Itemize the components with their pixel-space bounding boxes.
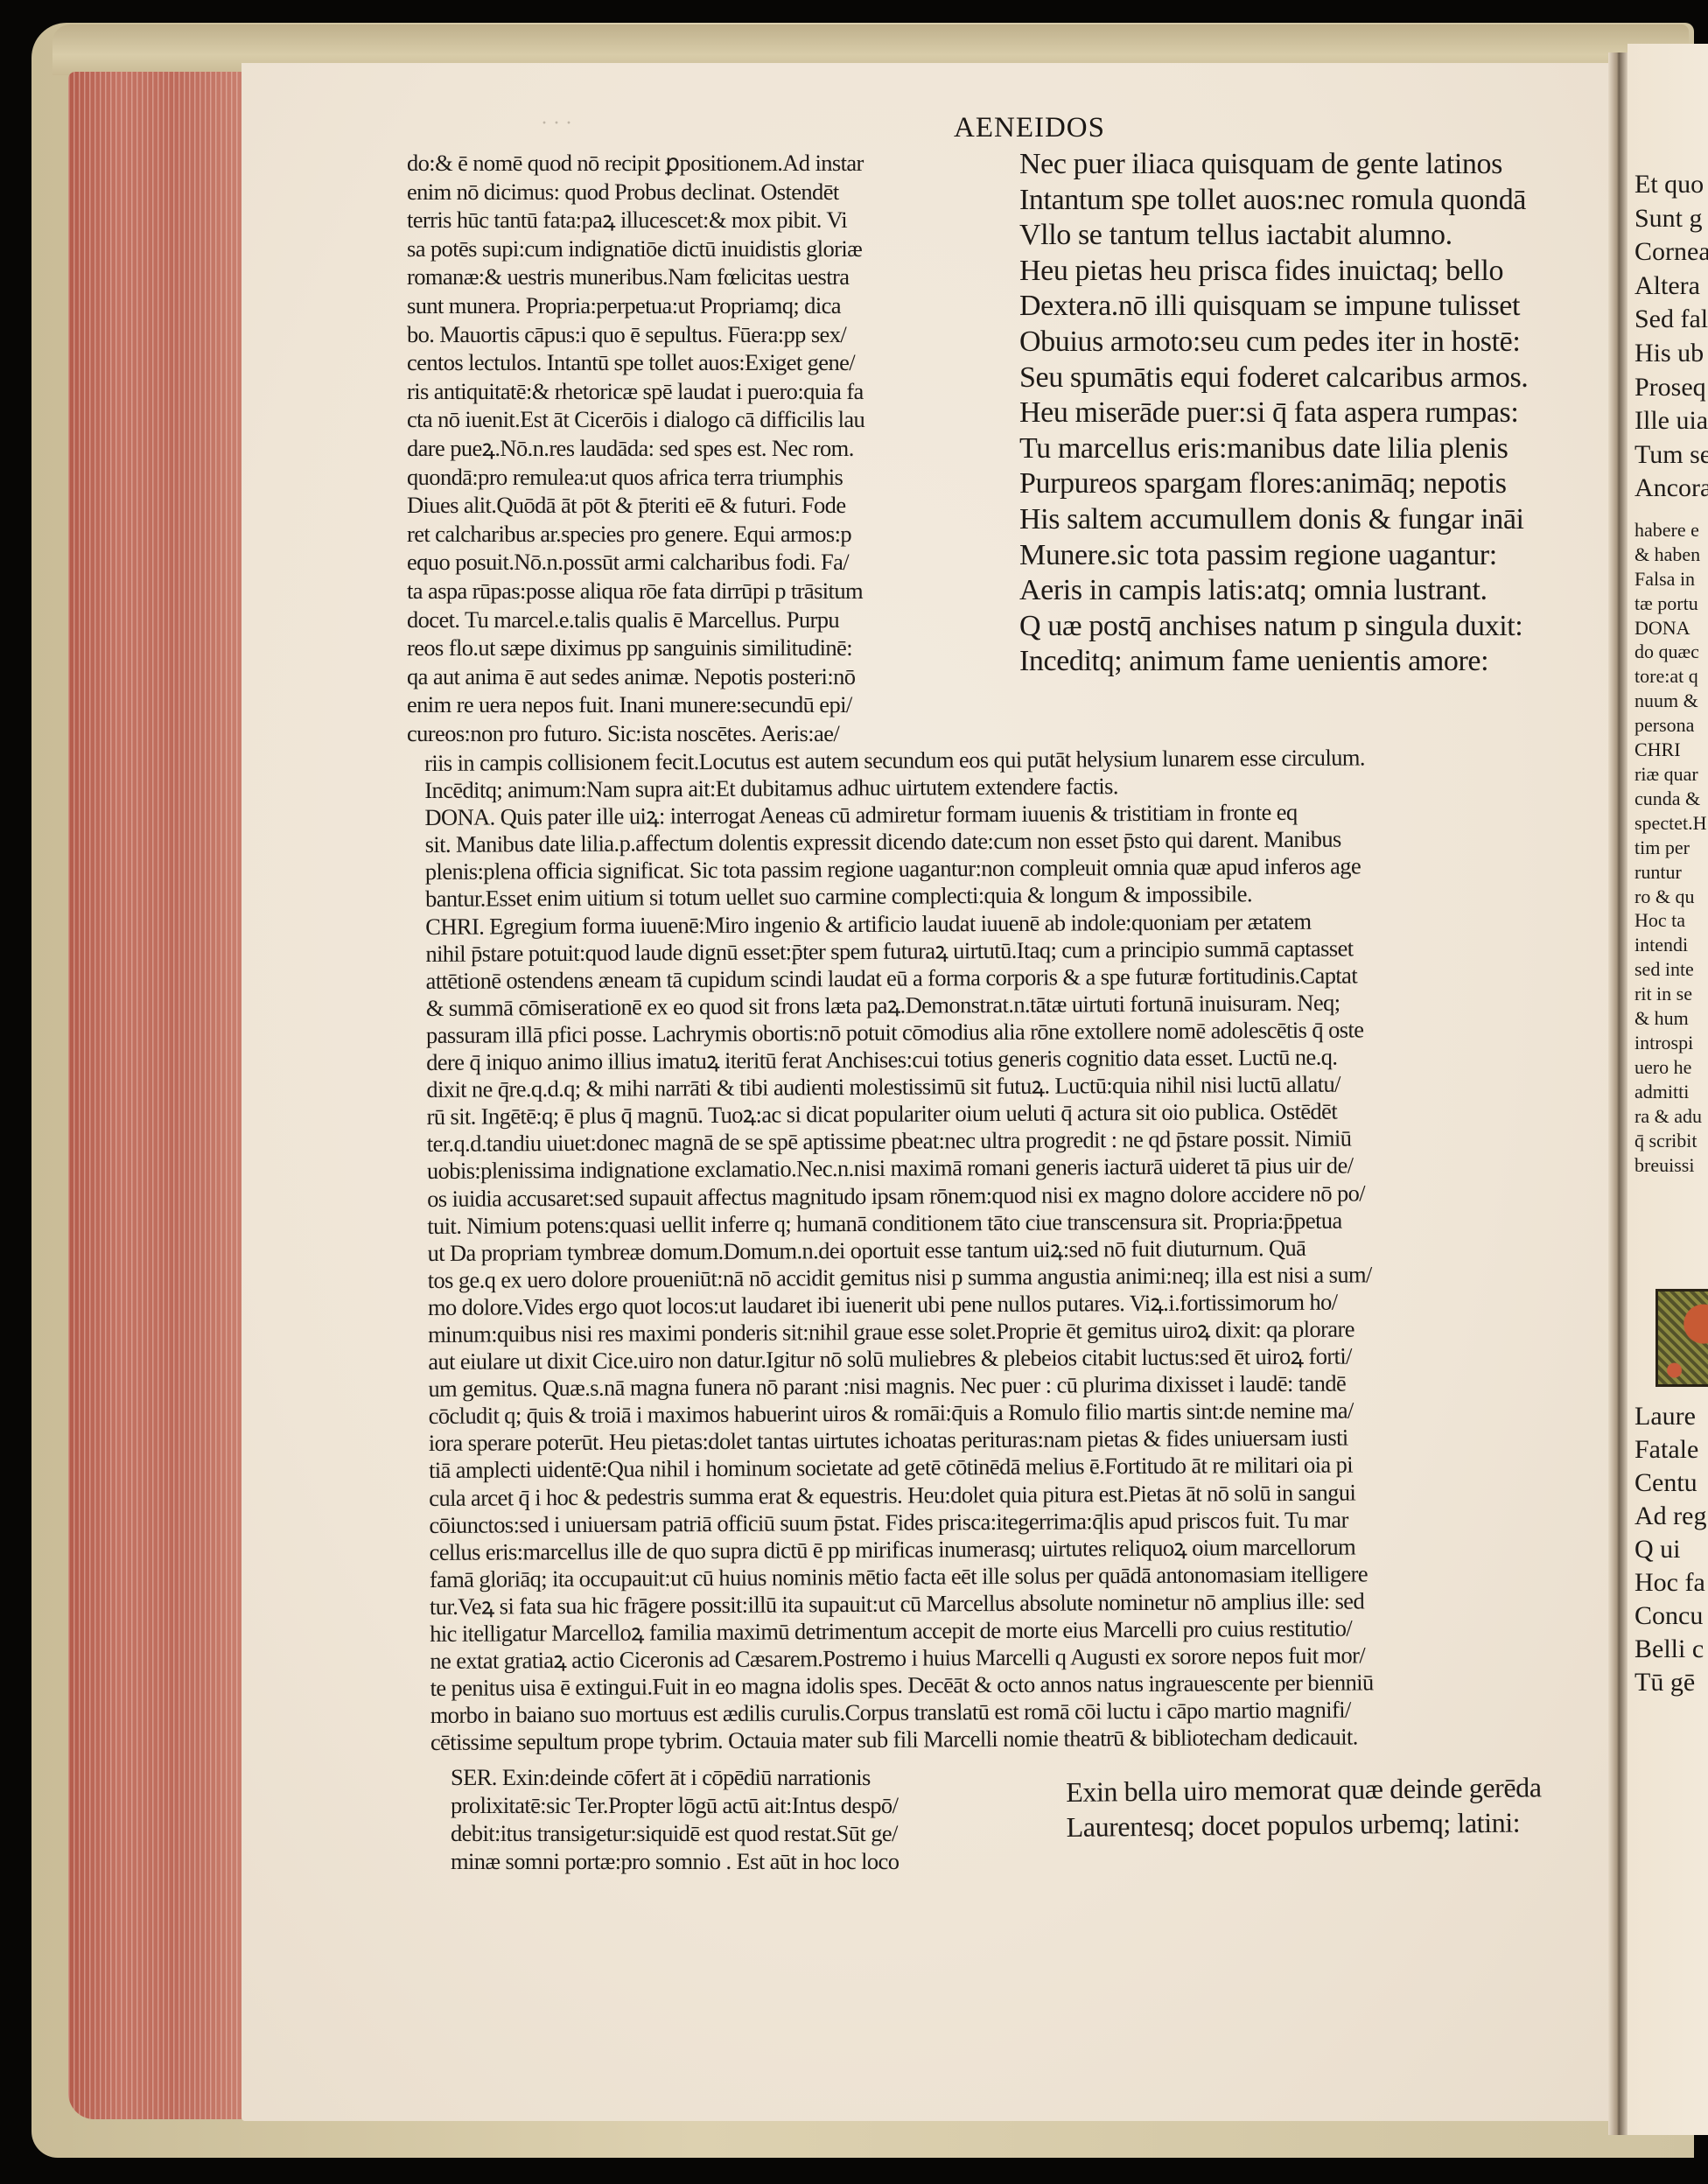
verse-line: Aeris in campis latis:atq; omnia lustran… bbox=[1019, 573, 1588, 609]
verse-line: His ub bbox=[1634, 337, 1708, 371]
commentary-line: docet. Tu marcel.e.talis qualis ē Marcel… bbox=[407, 605, 1032, 634]
commentary-line: equo posuit.Nō.n.possūt armi calcharibus… bbox=[407, 548, 1032, 577]
verse-line: Belli c bbox=[1634, 1633, 1708, 1666]
commentary-line: CHRI bbox=[1634, 738, 1708, 762]
verse-line: Concu bbox=[1634, 1599, 1708, 1633]
commentary-line: tæ portu bbox=[1634, 591, 1708, 616]
commentary-line: reos flo.ut sæpe diximus pp sanguinis si… bbox=[407, 633, 1032, 662]
commentary-line: DONA bbox=[1634, 616, 1708, 640]
commentary-line: introspi bbox=[1634, 1031, 1708, 1055]
commentary-line: Diues alit.Quōdā āt pōt & p̄teriti eē & … bbox=[407, 491, 1032, 520]
red-page-edges bbox=[68, 72, 243, 2119]
commentary-line: sunt munera. Propria:perpetua:ut Propria… bbox=[407, 291, 1032, 320]
commentary-column-top: do:& ē nomē quod nō recipit ꝑpositionem.… bbox=[407, 149, 1032, 747]
verse-line: Centu bbox=[1634, 1466, 1708, 1500]
commentary-line: do quæc bbox=[1634, 640, 1708, 664]
verse-line: Cornea bbox=[1634, 235, 1708, 269]
verse-line: Purpureos spargam flores:animāq; nepotis bbox=[1019, 466, 1588, 502]
commentary-line: dare pueꝝ.Nō.n.res laudāda: sed spes est… bbox=[407, 434, 1032, 463]
commentary-line: q̄ scribit bbox=[1634, 1129, 1708, 1153]
commentary-line: ris antiquitatē:& rhetoricæ spē laudat i… bbox=[407, 377, 1032, 406]
commentary-line: ret calcharibus ar.species pro genere. E… bbox=[407, 520, 1032, 549]
verse-line: Ille uia bbox=[1634, 404, 1708, 438]
verse-line: Munere.sic tota passim regione uagantur: bbox=[1019, 538, 1588, 574]
verse-column-bottom: Exin bella uiro memorat quæ deinde gerēd… bbox=[1066, 1769, 1609, 1844]
commentary-line: intendi bbox=[1634, 933, 1708, 957]
commentary-line: sed inte bbox=[1634, 957, 1708, 982]
verse-line: Heu miserāde puer:si q̄ fata aspera rump… bbox=[1019, 395, 1588, 431]
verse-line: Q uæ postq̄ anchises natum p singula dux… bbox=[1019, 609, 1588, 645]
verse-line: Exin bella uiro memorat quæ deinde gerēd… bbox=[1066, 1769, 1608, 1809]
commentary-line: & haben bbox=[1634, 542, 1708, 567]
commentary-line: ra & adu bbox=[1634, 1104, 1708, 1129]
commentary-line: enim nō dicimus: quod Probus declinat. O… bbox=[407, 178, 1032, 206]
commentary-line: & hum bbox=[1634, 1006, 1708, 1031]
verse-line: Seu spumātis equi foderet calcaribus arm… bbox=[1019, 360, 1588, 396]
commentary-line: quondā:pro remulea:ut quos africa terra … bbox=[407, 463, 1032, 492]
verse-line: Ad reg bbox=[1634, 1500, 1708, 1533]
commentary-line: cta nō iuenit.Est āt Cicerōis i dialogo … bbox=[407, 405, 1032, 434]
commentary-line: riæ quar bbox=[1634, 762, 1708, 787]
commentary-line: nuum & bbox=[1634, 689, 1708, 713]
commentary-line: terris hūc tantū fata:paꝝ illucescet:& m… bbox=[407, 206, 1032, 234]
verse-line: Tum se bbox=[1634, 438, 1708, 472]
verse-line: Proseq bbox=[1634, 371, 1708, 405]
running-head: AENEIDOS bbox=[954, 112, 1105, 144]
commentary-line: habere e bbox=[1634, 518, 1708, 542]
commentary-line: centos lectulos. Intantū spe tollet auos… bbox=[407, 348, 1032, 377]
verse-line: Obuius armoto:seu cum pedes iter in host… bbox=[1019, 325, 1588, 360]
commentary-line: admitti bbox=[1634, 1080, 1708, 1104]
show-through-mark: · · · bbox=[541, 112, 572, 136]
verse-line: Sunt g bbox=[1634, 202, 1708, 236]
verse-line: Nec puer iliaca quisquam de gente latino… bbox=[1019, 147, 1588, 183]
commentary-line: minæ somni portæ:pro somnio . Est aūt in… bbox=[451, 1847, 1046, 1875]
right-verse-top: Et quoSunt gCorneaAlteraSed falHis ubPro… bbox=[1634, 168, 1708, 506]
commentary-line: spectet.H bbox=[1634, 811, 1708, 836]
commentary-line: runtur bbox=[1634, 860, 1708, 885]
commentary-line: sa potēs supi:cum indignatiōe dictū inui… bbox=[407, 234, 1032, 263]
verse-line: Inceditq; animum fame uenientis amore: bbox=[1019, 644, 1588, 680]
verse-line: Fatale bbox=[1634, 1433, 1708, 1466]
verse-line: Hoc fa bbox=[1634, 1566, 1708, 1599]
verse-line: Vllo se tantum tellus iactabit alumno. bbox=[1019, 218, 1588, 254]
right-verse-bottom: LaureFataleCentuAd regQ uiHoc faConcuBel… bbox=[1634, 1400, 1708, 1699]
verse-line: Tū gē bbox=[1634, 1666, 1708, 1699]
commentary-line: bo. Mauortis cāpus:i quo ē sepultus. Fūe… bbox=[407, 320, 1032, 349]
commentary-line: cunda & bbox=[1634, 787, 1708, 811]
verse-line: Et quo bbox=[1634, 168, 1708, 202]
commentary-line: SER. Exin:deinde cōfert āt i cōpēdiū nar… bbox=[451, 1763, 1046, 1791]
right-commentary: habere e& haben Falsa intæ portu DONAdo … bbox=[1634, 518, 1708, 1177]
commentary-line: cureos:non pro futuro. Sic:ista noscētes… bbox=[407, 719, 1032, 748]
commentary-line: ta aspa rūpas:posse aliqua rōe fata dirr… bbox=[407, 577, 1032, 605]
commentary-line: rit in se bbox=[1634, 982, 1708, 1006]
book-gutter bbox=[1608, 52, 1627, 2135]
verse-line: Intantum spe tollet auos:nec romula quon… bbox=[1019, 183, 1588, 219]
commentary-line: persona bbox=[1634, 713, 1708, 738]
commentary-line: tore:at q bbox=[1634, 664, 1708, 689]
verse-column-top: Nec puer iliaca quisquam de gente latino… bbox=[1019, 147, 1588, 680]
commentary-line: Hoc ta bbox=[1634, 908, 1708, 933]
commentary-line: breuissi bbox=[1634, 1153, 1708, 1178]
verse-line: Heu pietas heu prisca fides inuictaq; be… bbox=[1019, 254, 1588, 290]
commentary-full-width: riis in campis collisionem fecit.Locutus… bbox=[424, 743, 1594, 1757]
commentary-line: qa aut anima ē aut sedes animæ. Nepotis … bbox=[407, 662, 1032, 691]
verse-line: Laure bbox=[1634, 1400, 1708, 1433]
verse-line: Sed fal bbox=[1634, 303, 1708, 337]
verse-line: Altera bbox=[1634, 269, 1708, 304]
commentary-line: ro & qu bbox=[1634, 885, 1708, 909]
commentary-servius: SER. Exin:deinde cōfert āt i cōpēdiū nar… bbox=[451, 1763, 1046, 1875]
commentary-line: enim re uera nepos fuit. Inani munere:se… bbox=[407, 690, 1032, 719]
commentary-line: romanæ:& uestris muneribus.Nam fœlicitas… bbox=[407, 262, 1032, 291]
verse-line: His saltem accumullem donis & fungar inā… bbox=[1019, 502, 1588, 538]
commentary-line: prolixitatē:sic Ter.Propter lōgū actū ai… bbox=[451, 1791, 1046, 1819]
verse-line: Tu marcellus eris:manibus date lilia ple… bbox=[1019, 431, 1588, 467]
verse-line: Laurentesq; docet populos urbemq; latini… bbox=[1066, 1804, 1608, 1844]
commentary-line: Falsa in bbox=[1634, 567, 1708, 591]
verse-line: Q ui bbox=[1634, 1533, 1708, 1566]
decorated-initial-icon bbox=[1655, 1289, 1708, 1387]
commentary-line: do:& ē nomē quod nō recipit ꝑpositionem.… bbox=[407, 149, 1032, 178]
commentary-line: debit:itus transigetur:siquidē est quod … bbox=[451, 1819, 1046, 1847]
verse-line: Ancora bbox=[1634, 472, 1708, 506]
right-page-text: Et quoSunt gCorneaAlteraSed falHis ubPro… bbox=[1634, 168, 1708, 1177]
verse-line: Dextera.nō illi quisquam se impune tulis… bbox=[1019, 289, 1588, 325]
commentary-line: uero he bbox=[1634, 1055, 1708, 1080]
commentary-line: tim per bbox=[1634, 836, 1708, 860]
